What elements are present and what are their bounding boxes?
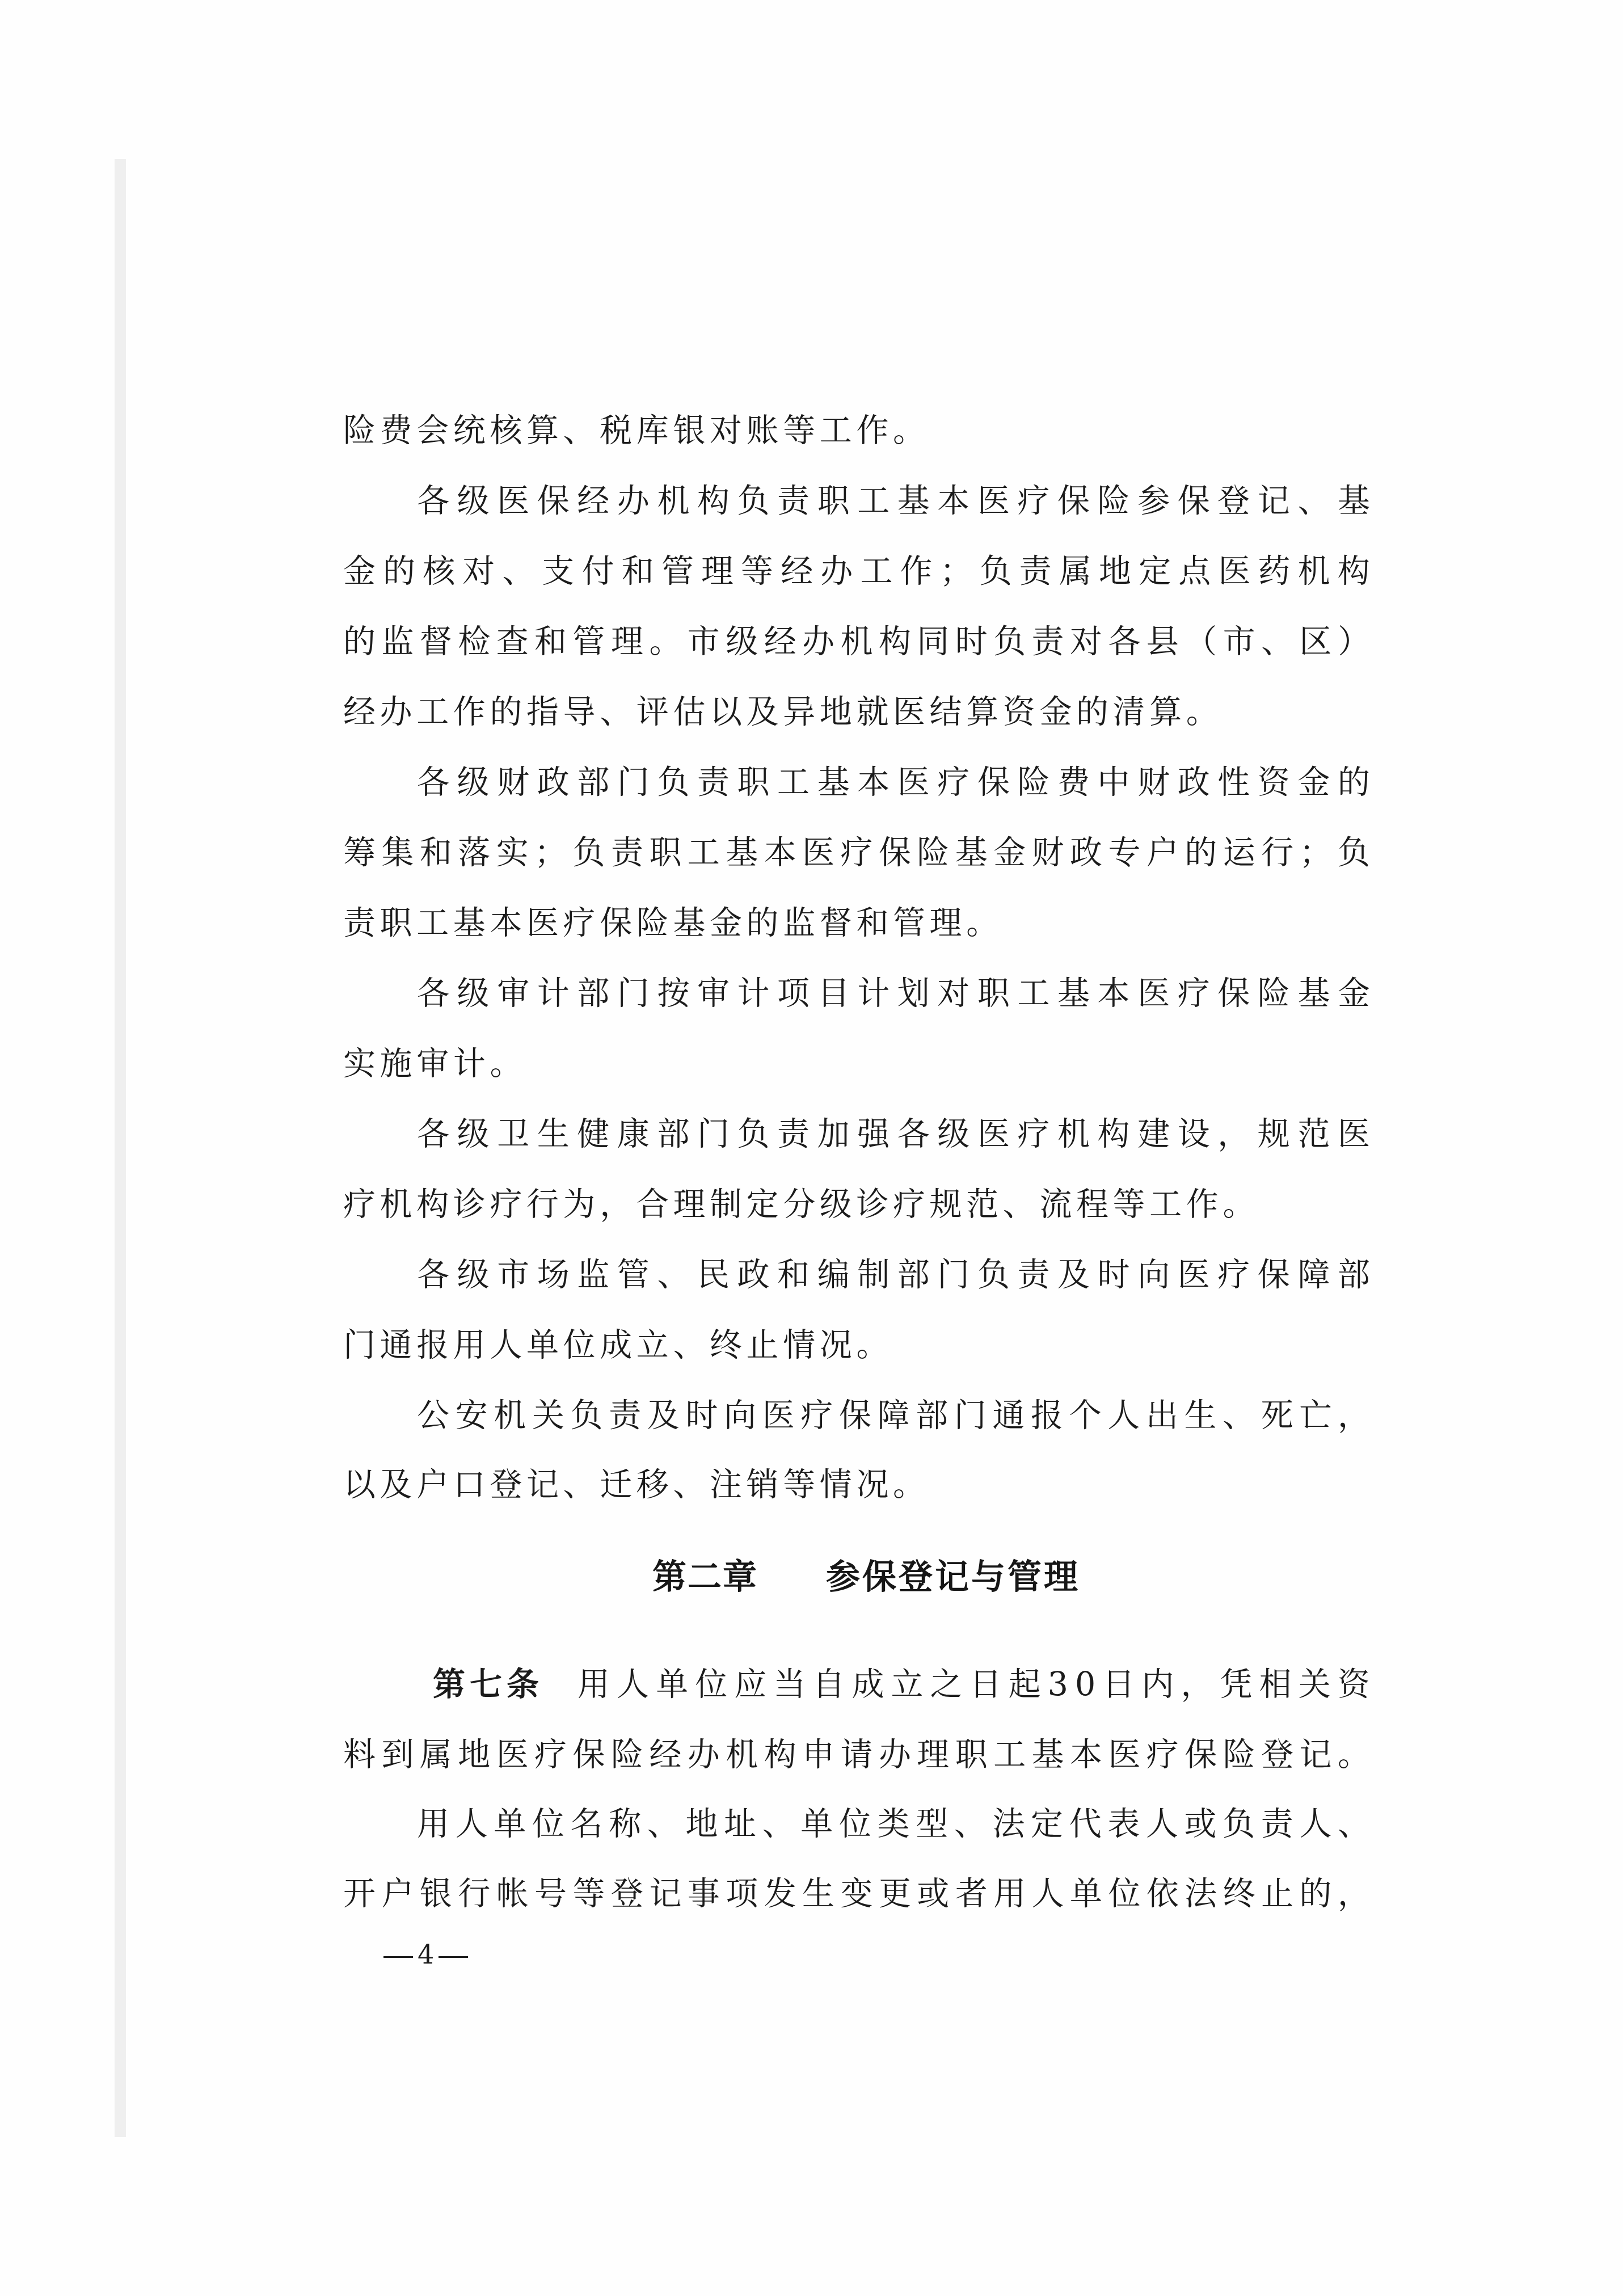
- body-line: 险费会统核算、税库银对账等工作。: [343, 412, 1370, 449]
- article-text: 用人单位应当自成立之日起30日内，凭相关资: [577, 1666, 1370, 1703]
- chapter-title: 参保登记与管理: [826, 1557, 1080, 1597]
- page-number: 4: [379, 1940, 473, 1969]
- body-line: 门通报用人单位成立、终止情况。: [343, 1326, 1370, 1364]
- body-line: 各级市场监管、民政和编制部门负责及时向医疗保障部: [417, 1256, 1370, 1294]
- body-line: 经办工作的指导、评估以及异地就医结算资金的清算。: [343, 693, 1370, 731]
- body-line: 各级医保经办机构负责职工基本医疗保险参保登记、基: [417, 482, 1370, 520]
- article-first-line: 第七条 用人单位应当自成立之日起30日内，凭相关资: [433, 1666, 1370, 1703]
- body-line: 各级审计部门按审计项目计划对职工基本医疗保险基金: [417, 975, 1370, 1012]
- chapter-heading: 第二章参保登记与管理: [652, 1557, 1089, 1597]
- page-number-dash-left: [383, 1956, 413, 1958]
- body-line: 各级卫生健康部门负责加强各级医疗机构建设，规范医: [417, 1115, 1370, 1153]
- body-line: 的监督检查和管理。市级经办机构同时负责对各县（市、区）: [343, 623, 1370, 660]
- page-number-dash-right: [439, 1956, 468, 1958]
- body-line: 各级财政部门负责职工基本医疗保险费中财政性资金的: [417, 764, 1370, 801]
- article-number: 第七条: [433, 1666, 543, 1703]
- body-line: 料到属地医疗保险经办机构申请办理职工基本医疗保险登记。: [343, 1736, 1370, 1773]
- scan-edge-strip: [115, 159, 126, 2137]
- body-line: 用人单位名称、地址、单位类型、法定代表人或负责人、: [417, 1805, 1370, 1843]
- body-line: 筹集和落实；负责职工基本医疗保险基金财政专户的运行；负: [343, 834, 1370, 871]
- body-line: 开户银行帐号等登记事项发生变更或者用人单位依法终止的，: [343, 1875, 1370, 1912]
- document-page: 险费会统核算、税库银对账等工作。 各级医保经办机构负责职工基本医疗保险参保登记、…: [0, 0, 1623, 2296]
- body-line: 实施审计。: [343, 1045, 1370, 1082]
- body-line: 公安机关负责及时向医疗保障部门通报个人出生、死亡，: [417, 1397, 1370, 1434]
- body-line: 疗机构诊疗行为，合理制定分级诊疗规范、流程等工作。: [343, 1186, 1370, 1223]
- body-line: 责职工基本医疗保险基金的监督和管理。: [343, 904, 1370, 942]
- page-number-value: 4: [418, 1939, 434, 1970]
- body-line: 以及户口登记、迁移、注销等情况。: [343, 1466, 1370, 1503]
- chapter-number: 第二章: [652, 1557, 758, 1597]
- body-line: 金的核对、支付和管理等经办工作；负责属地定点医药机构: [343, 553, 1370, 590]
